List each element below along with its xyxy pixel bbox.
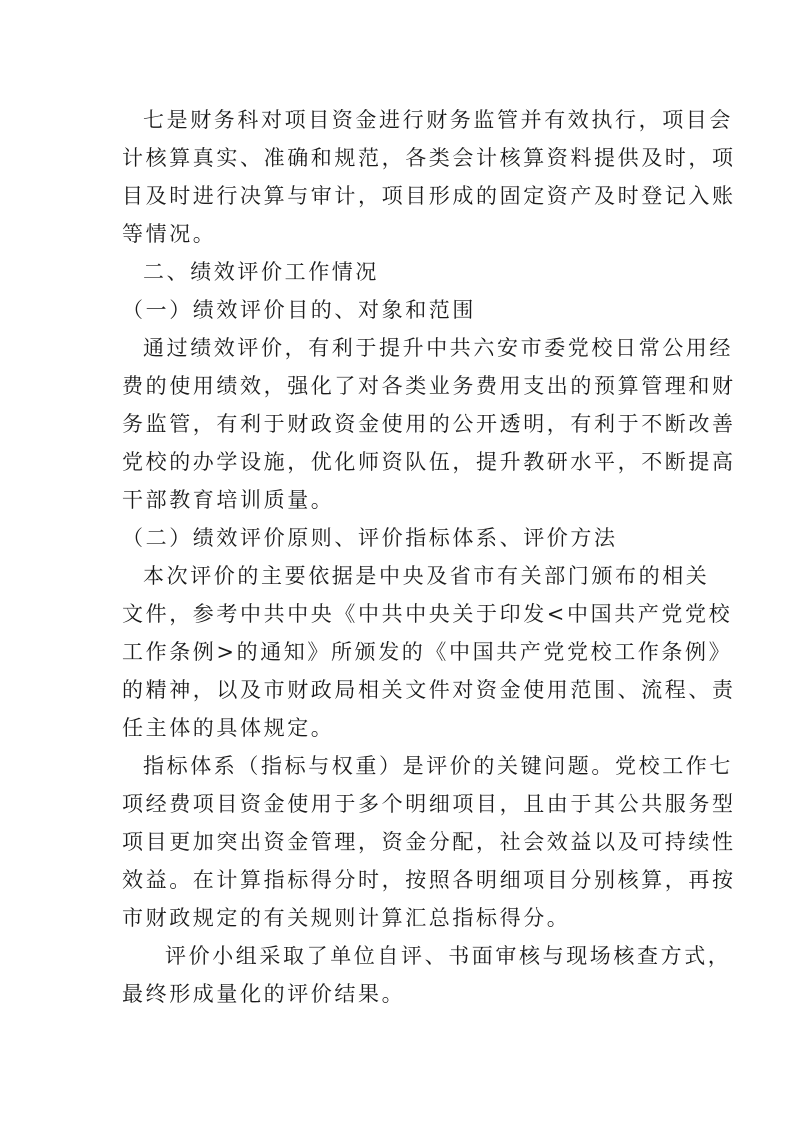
document-page: 七是财务科对项目资金进行财务监管并有效执行，项目会 计核算真实、准确和规范，各类… <box>122 101 678 1013</box>
paragraph-line: 最终形成量化的评价结果。 <box>122 975 678 1013</box>
paragraph-line: 市财政规定的有关规则计算汇总指标得分。 <box>122 899 678 937</box>
paragraph-line: 任主体的具体规定。 <box>122 709 678 747</box>
paragraph-line: 通过绩效评价，有利于提升中共六安市委党校日常公用经 <box>122 329 678 367</box>
subsection-heading: （二）绩效评价原则、评价指标体系、评价方法 <box>122 519 678 557</box>
paragraph-line: 计核算真实、准确和规范，各类会计核算资料提供及时，项 <box>122 139 678 177</box>
paragraph-line: 评价小组采取了单位自评、书面审核与现场核查方式， <box>122 937 678 975</box>
paragraph-line: 项经费项目资金使用于多个明细项目，且由于其公共服务型 <box>122 785 678 823</box>
paragraph-line: 指标体系（指标与权重）是评价的关键问题。党校工作七 <box>122 747 678 785</box>
paragraph-line: 务监管，有利于财政资金使用的公开透明，有利于不断改善 <box>122 405 678 443</box>
paragraph-line: 等情况。 <box>122 215 678 253</box>
paragraph-line: 本次评价的主要依据是中央及省市有关部门颁布的相关 <box>122 557 678 595</box>
subsection-heading: （一）绩效评价目的、对象和范围 <box>122 291 678 329</box>
paragraph-line: 干部教育培训质量。 <box>122 481 678 519</box>
paragraph-line: 项目更加突出资金管理，资金分配，社会效益以及可持续性 <box>122 823 678 861</box>
paragraph-line: 文件，参考中共中央《中共中央关于印发<中国共产党党校 <box>122 595 678 633</box>
paragraph-line: 工作条例>的通知》所颁发的《中国共产党党校工作条例》 <box>122 633 678 671</box>
paragraph-line: 七是财务科对项目资金进行财务监管并有效执行，项目会 <box>122 101 678 139</box>
paragraph-line: 费的使用绩效，强化了对各类业务费用支出的预算管理和财 <box>122 367 678 405</box>
section-heading: 二、绩效评价工作情况 <box>122 253 678 291</box>
paragraph-line: 目及时进行决算与审计，项目形成的固定资产及时登记入账 <box>122 177 678 215</box>
paragraph-line: 的精神，以及市财政局相关文件对资金使用范围、流程、责 <box>122 671 678 709</box>
paragraph-line: 效益。在计算指标得分时，按照各明细项目分别核算，再按 <box>122 861 678 899</box>
paragraph-line: 党校的办学设施，优化师资队伍，提升教研水平，不断提高 <box>122 443 678 481</box>
